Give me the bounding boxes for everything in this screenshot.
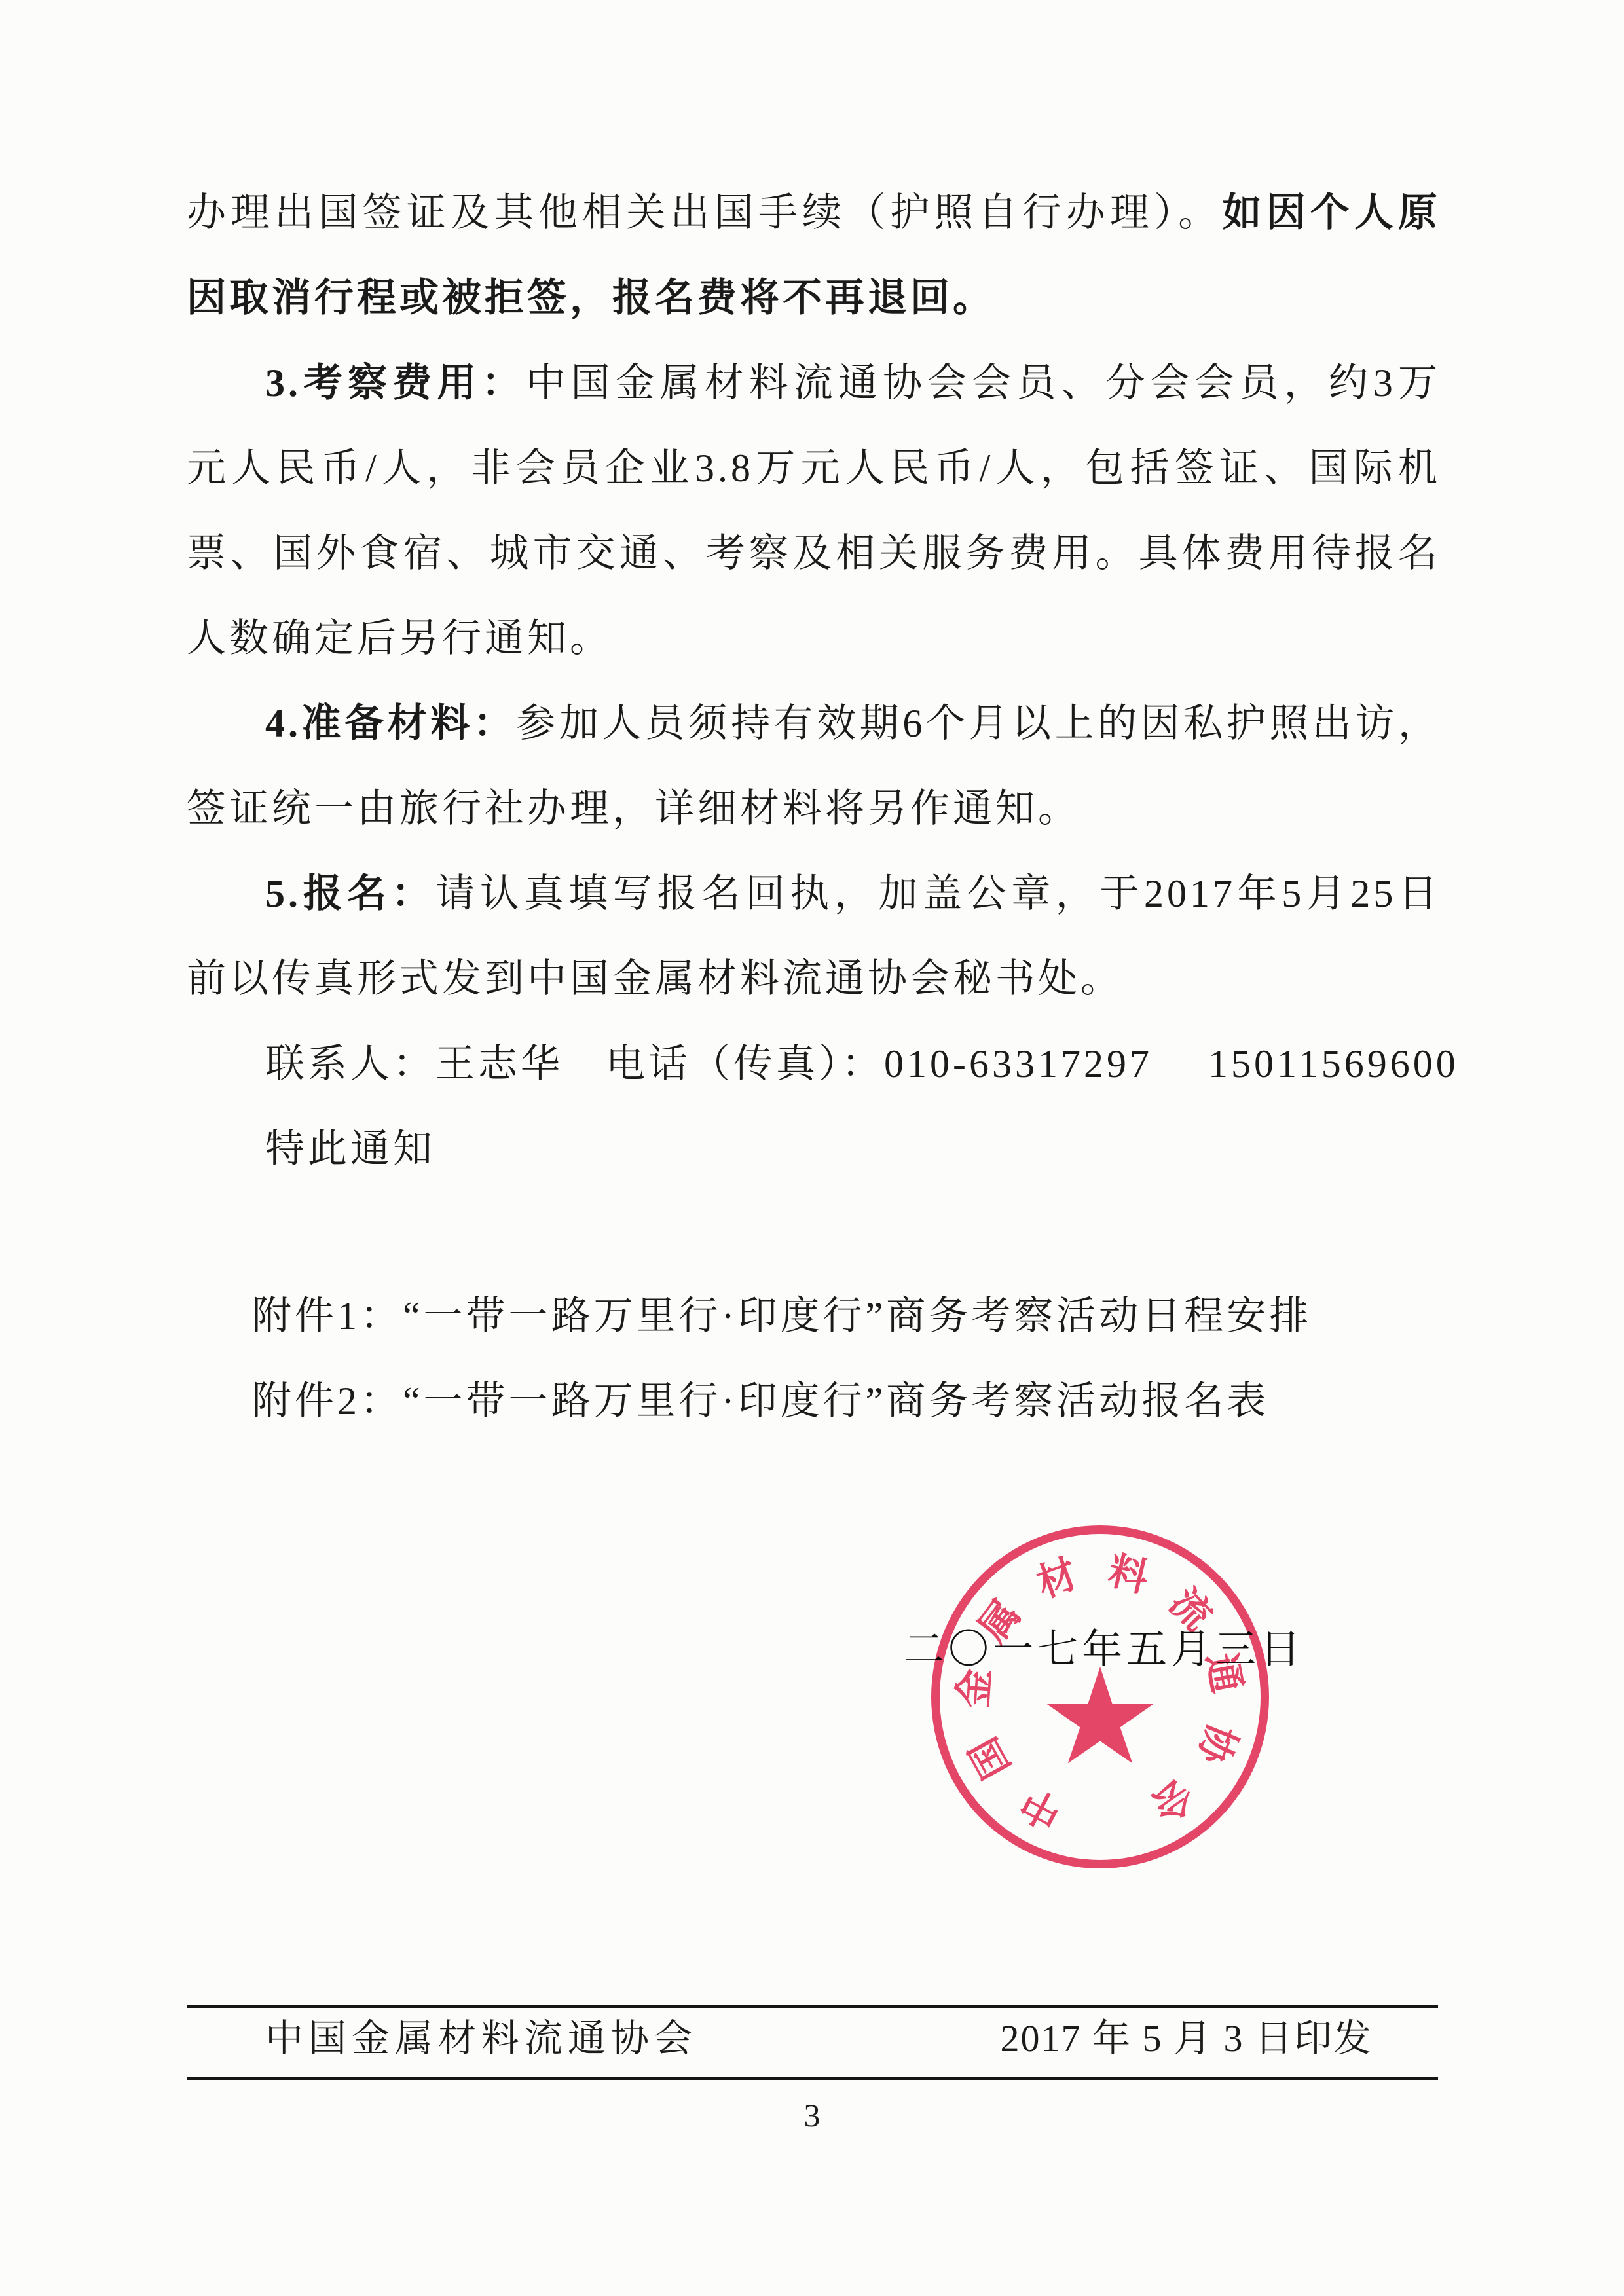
text-segment: 因取消行程或被拒签，报名费将不再退回。: [187, 276, 995, 319]
body-line: 4.准备材料：参加人员须持有效期6个月以上的因私护照出访，: [187, 681, 1441, 766]
body-line: 特此通知: [187, 1106, 1441, 1192]
text-segment: 办理出国签证及其他相关出国手续（护照自行办理）。: [187, 191, 1222, 234]
seal-char: 通: [1200, 1650, 1246, 1696]
text-segment: 前以传真形式发到中国金属材料流通协会秘书处。: [187, 957, 1123, 1000]
text-segment: 人数确定后另行通知。: [187, 617, 612, 660]
attachments-list: 附件1：“一带一路万里行·印度行”商务考察活动日程安排附件2：“一带一路万里行·…: [187, 1273, 1441, 1444]
body-line: 签证统一由旅行社办理，详细材料将另作通知。: [187, 766, 1441, 851]
text-segment: 3.考察费用：: [265, 361, 526, 405]
body-line: 联系人：王志华 电话（传真）：010-63317297 15011569600: [187, 1021, 1441, 1106]
body-line: 办理出国签证及其他相关出国手续（护照自行办理）。如因个人原: [187, 170, 1441, 255]
attachment-line: 附件2：“一带一路万里行·印度行”商务考察活动报名表: [187, 1358, 1441, 1444]
attachment-line: 附件1：“一带一路万里行·印度行”商务考察活动日程安排: [187, 1273, 1441, 1358]
body-line: 人数确定后另行通知。: [187, 596, 1441, 681]
text-segment: 票、国外食宿、城市交通、考察及相关服务费用。具体费用待报名: [187, 532, 1441, 575]
text-segment: 4.准备材料：: [265, 702, 516, 745]
footer-issue-date: 2017 年 5 月 3 日印发: [1000, 2002, 1373, 2075]
footer-rule-bottom: [187, 2077, 1438, 2080]
body-line: 3.考察费用：中国金属材料流通协会会员、分会会员，约3万: [187, 340, 1441, 426]
seal-char: 金: [953, 1667, 995, 1709]
page-number: 3: [0, 2092, 1624, 2138]
scanned-document-page: 办理出国签证及其他相关出国手续（护照自行办理）。如因个人原因取消行程或被拒签，报…: [0, 0, 1624, 2296]
text-segment: 参加人员须持有效期6个月以上的因私护照出访，: [516, 702, 1441, 745]
body-line: 5.报名：请认真填写报名回执，加盖公章，于2017年5月25日: [187, 851, 1441, 936]
text-segment: 元人民币/人，非会员企业3.8万元人民币/人，包括签证、国际机: [187, 446, 1441, 490]
text-segment: 如因个人原: [1222, 191, 1441, 234]
body-line: 元人民币/人，非会员企业3.8万元人民币/人，包括签证、国际机: [187, 426, 1441, 511]
text-segment: 特此通知: [265, 1127, 435, 1171]
body-line: 因取消行程或被拒签，报名费将不再退回。: [187, 255, 1441, 340]
official-seal-stamp: 中国金属材料流通协会: [931, 1525, 1269, 1868]
footer-issuer: 中国金属材料流通协会: [265, 2002, 697, 2075]
body-line: 票、国外食宿、城市交通、考察及相关服务费用。具体费用待报名: [187, 511, 1441, 596]
text-segment: 联系人：王志华 电话（传真）：010-63317297 15011569600: [265, 1042, 1459, 1085]
body-text: 办理出国签证及其他相关出国手续（护照自行办理）。如因个人原因取消行程或被拒签，报…: [187, 170, 1441, 1192]
body-line: 前以传真形式发到中国金属材料流通协会秘书处。: [187, 936, 1441, 1021]
text-segment: 中国金属材料流通协会会员、分会会员，约3万: [526, 361, 1441, 405]
text-segment: 签证统一由旅行社办理，详细材料将另作通知。: [187, 787, 1080, 830]
text-segment: 5.报名：: [265, 872, 435, 915]
text-segment: 请认真填写报名回执，加盖公章，于2017年5月25日: [435, 872, 1441, 915]
